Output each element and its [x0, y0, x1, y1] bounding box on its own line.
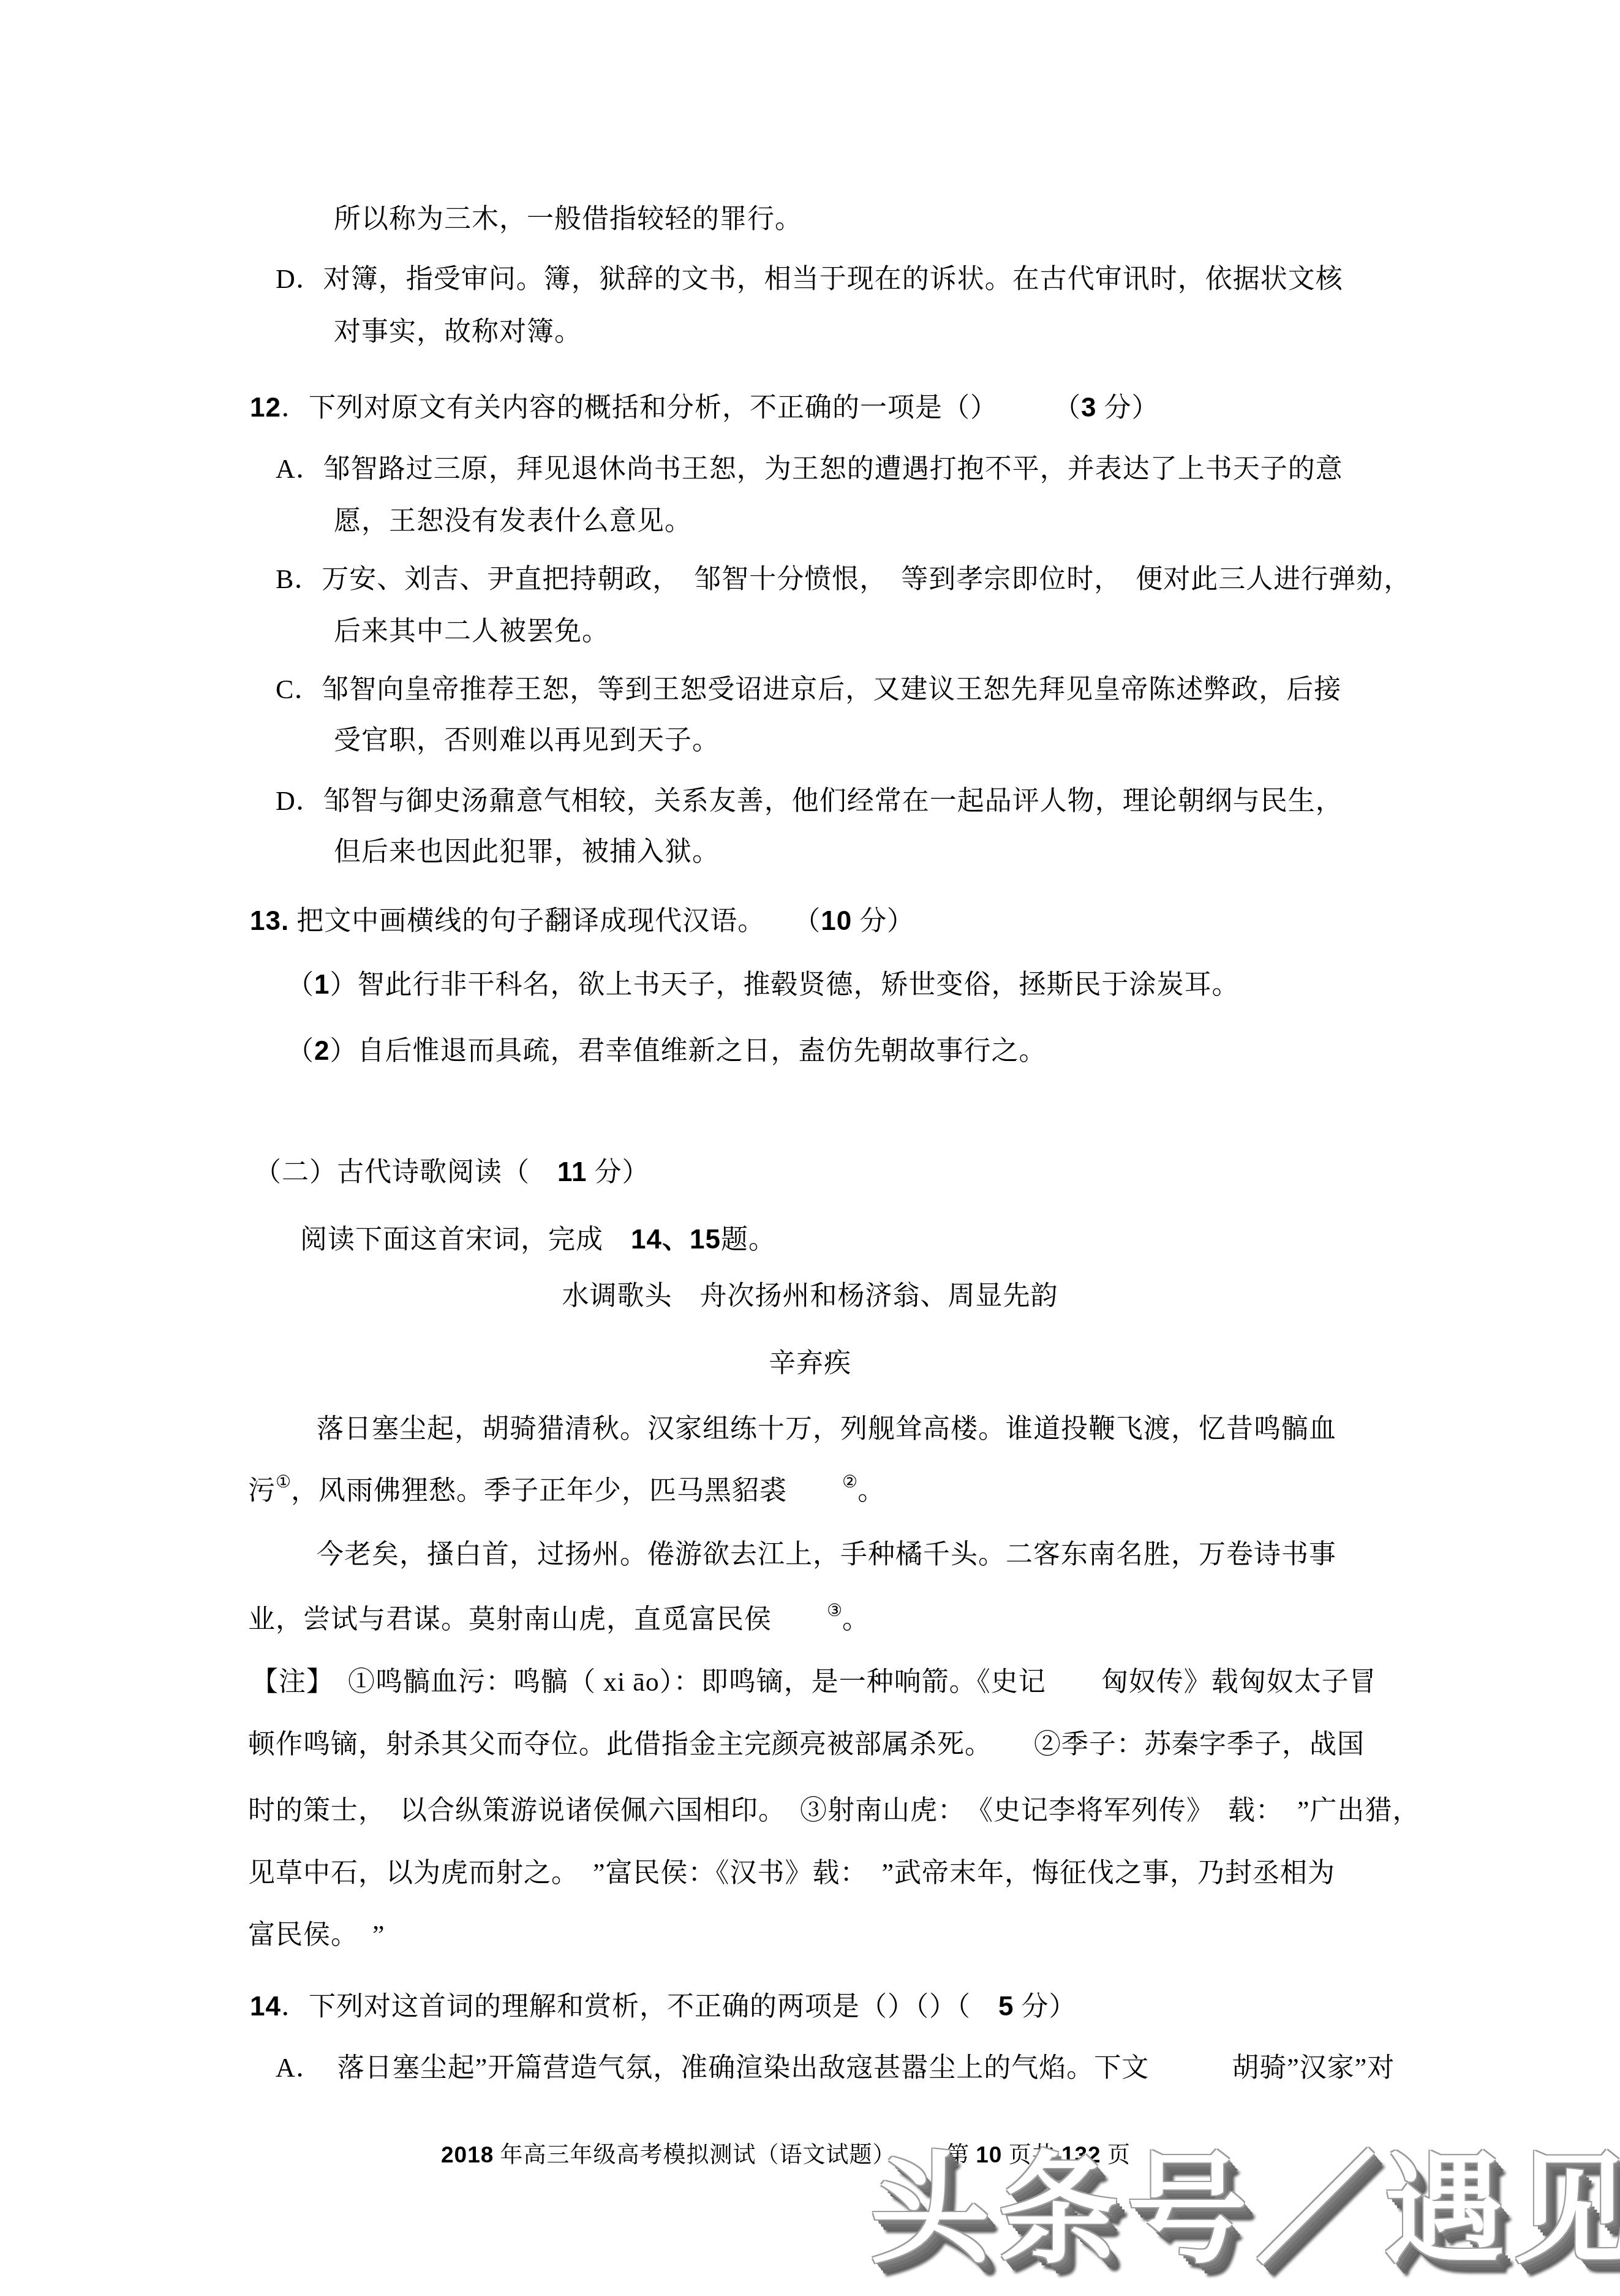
question-13-sentence-1: （1）智此行非干科名，欲上书天子，推毂贤德，矫世变俗，拯斯民于涂炭耳。: [287, 968, 1239, 1002]
poem-note-line5: 富民侯。 ”: [248, 1918, 385, 1952]
toutiao-watermark: 头条号／遇见千育: [870, 2149, 1620, 2271]
poem-stanza1-line2: 污①，风雨佛狸愁。季子正年少，匹马黑貂裘 ②。: [248, 1465, 885, 1508]
question-12-option-b-line1: B．万安、刘吉、尹直把持朝政， 邹智十分愤恨， 等到孝宗即位时， 便对此三人进行…: [276, 562, 1411, 597]
question-12-option-c-line2: 受官职，否则难以再见到天子。: [334, 723, 720, 758]
option-d-definition-line2: 对事实，故称对簿。: [334, 315, 582, 349]
option-d-definition-line1: D．对簿，指受审问。簿，狱辞的文书，相当于现在的诉状。在古代审讯时，依据状文核: [276, 262, 1343, 296]
exam-document-page: 所以称为三木，一般借指较轻的罪行。 D．对簿，指受审问。簿，狱辞的文书，相当于现…: [0, 0, 1620, 2296]
poem-stanza1-line1: 落日塞尘起，胡骑猎清秋。汉家组练十万，列舰耸高楼。谁道投鞭飞渡，忆昔鸣髇血: [317, 1412, 1336, 1446]
poem-stanza2-line2: 业，尝试与君谋。莫射南山虎，直觅富民侯 ③。: [248, 1594, 870, 1637]
question-12-option-c-line1: C．邹智向皇帝推荐王恕，等到王恕受诏进京后，又建议王恕先拜见皇帝陈述弊政，后接: [276, 673, 1341, 707]
reading-instruction: 阅读下面这首宋词，完成 14、15题。: [300, 1223, 776, 1257]
question-13-sentence-2: （2）自后惟退而具疏，君幸值维新之日，盍仿先朝故事行之。: [287, 1034, 1046, 1068]
question-12-option-a-line1: A．邹智路过三原，拜见退休尚书王恕，为王恕的遭遇打抱不平，并表达了上书天子的意: [276, 452, 1343, 486]
poem-author: 辛弃疾: [0, 1346, 1620, 1381]
poem-stanza2-line1: 今老矣，搔白首，过扬州。倦游欲去江上，手种橘千头。二客东南名胜，万卷诗书事: [317, 1538, 1336, 1572]
poem-note-line4: 见草中石，以为虎而射之。 ”富民侯：《汉书》载： ”武帝末年，悔征伐之事，乃封丞…: [248, 1856, 1335, 1890]
poem-note-line3: 时的策士， 以合纵策游说诸侯佩六国相印。 ③射南山虎： 《史记李将军列传》 载：…: [248, 1794, 1420, 1828]
poem-note-line2: 顿作鸣镝，射杀其父而夺位。此借指金主完颜亮被部属杀死。 ②季子：苏秦字季子，战国: [248, 1728, 1365, 1762]
poem-note-line1: 【注】 ①鸣髇血污：鸣髇（ xi āo）：即鸣镝，是一种响箭。《史记 匈奴传》载…: [251, 1665, 1377, 1699]
question-13-stem: 13. 把文中画横线的句子翻译成现代汉语。 （10 分）: [250, 904, 914, 938]
section-2-heading: （二）古代诗歌阅读（ 11 分）: [254, 1155, 650, 1190]
question-12-option-d-line1: D．邹智与御史汤鼐意气相较，关系友善，他们经常在一起品评人物，理论朝纲与民生，: [276, 784, 1343, 818]
question-14-stem: 14．下列对这首词的理解和赏析，不正确的两项是（）（）（ 5 分）: [250, 1990, 1076, 2024]
question-12-option-b-line2: 后来其中二人被罢免。: [334, 614, 609, 649]
poem-title: 水调歌头 舟次扬州和杨济翁、周显先韵: [0, 1279, 1620, 1313]
footer-exam-title: 2018 年高三年级高考模拟测试（语文试题）: [441, 2138, 896, 2173]
option-d-def-continuation: 所以称为三木，一般借指较轻的罪行。: [334, 202, 802, 236]
question-12-option-d-line2: 但后来也因此犯罪，被捕入狱。: [334, 835, 720, 869]
question-12-stem: 12．下列对原文有关内容的概括和分析，不正确的一项是（） （3 分）: [250, 391, 1159, 425]
question-12-option-a-line2: 愿，王恕没有发表什么意见。: [334, 504, 692, 538]
question-14-option-a-line1: A． 落日塞尘起”开篇营造气氛，准确渲染出敌寇甚嚣尘上的气焰。下文 胡骑”汉家”…: [276, 2051, 1395, 2085]
